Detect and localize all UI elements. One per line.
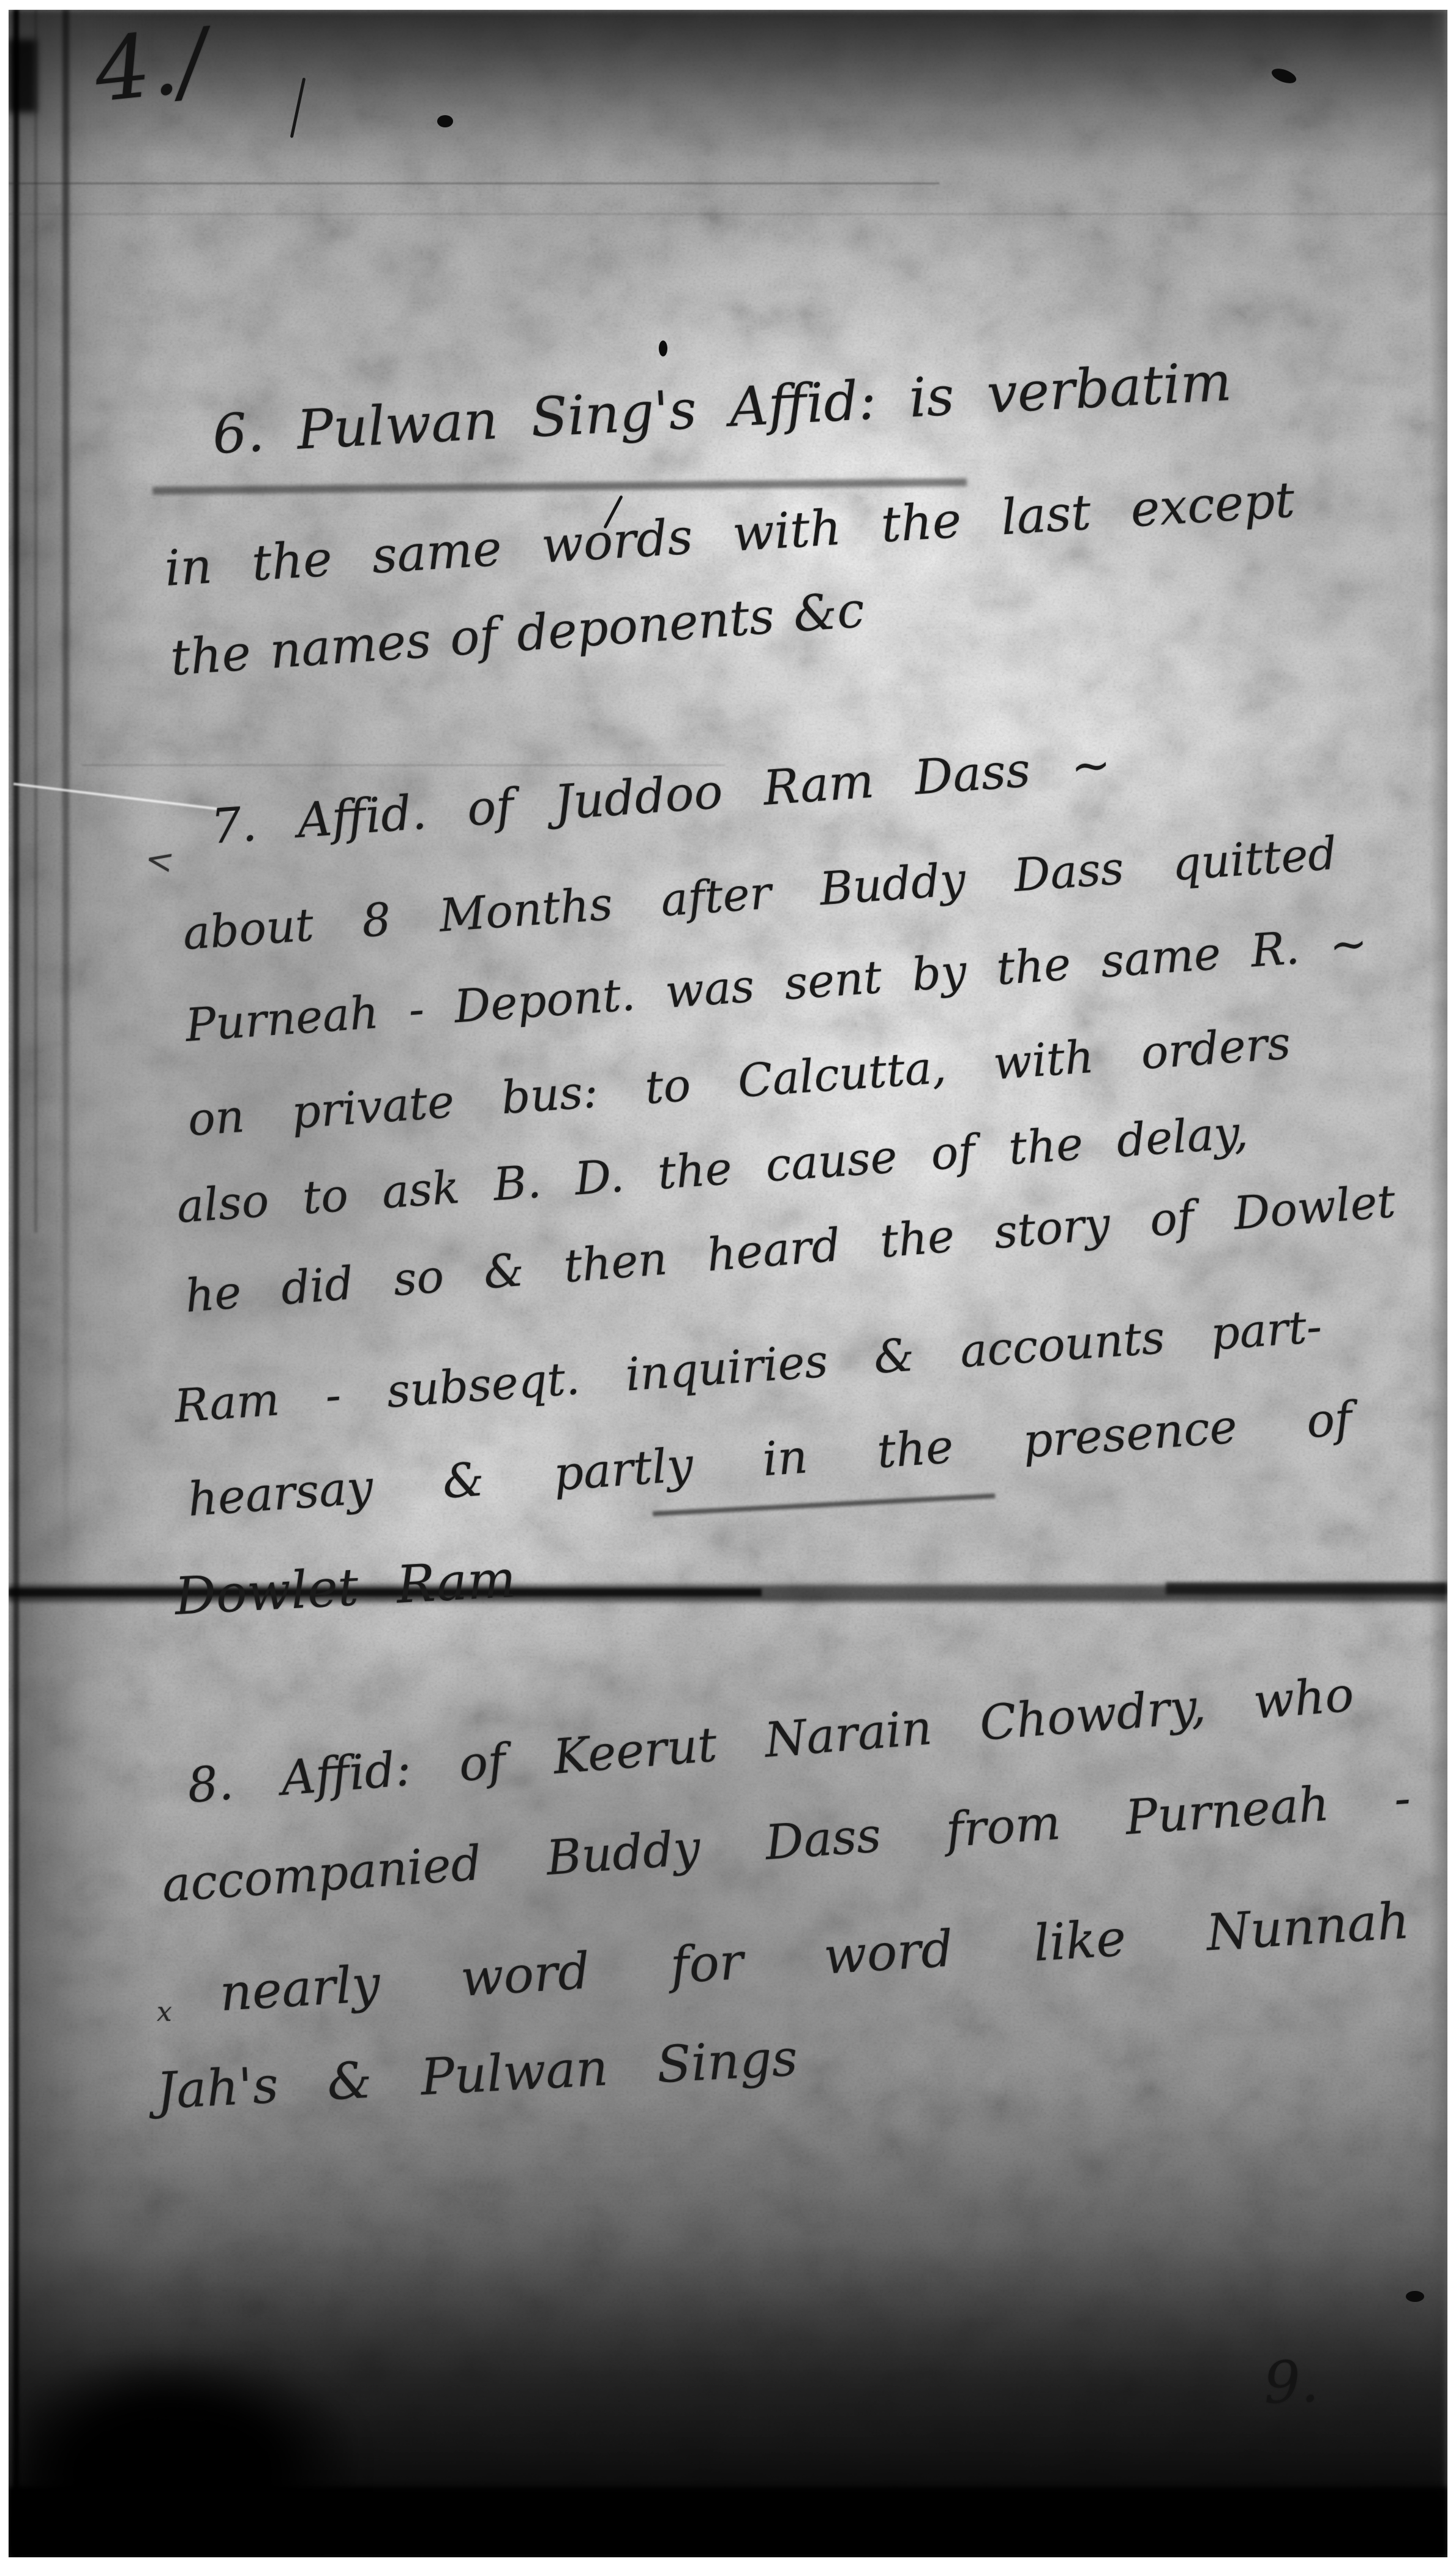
margin-cross-mark: x xyxy=(157,1996,172,2028)
ink-speck xyxy=(1406,2291,1424,2302)
page-number-bottom: 9. xyxy=(1263,2348,1319,2417)
ink-speck xyxy=(659,340,667,356)
page-number-top: 4./ xyxy=(90,10,212,122)
scanned-page-frame: 4./ 9. < x 6. Pulwan Sing's Affid: is ve… xyxy=(0,0,1456,2572)
ink-speck xyxy=(437,115,453,127)
manuscript-page: 4./ 9. < x 6. Pulwan Sing's Affid: is ve… xyxy=(9,10,1447,2557)
